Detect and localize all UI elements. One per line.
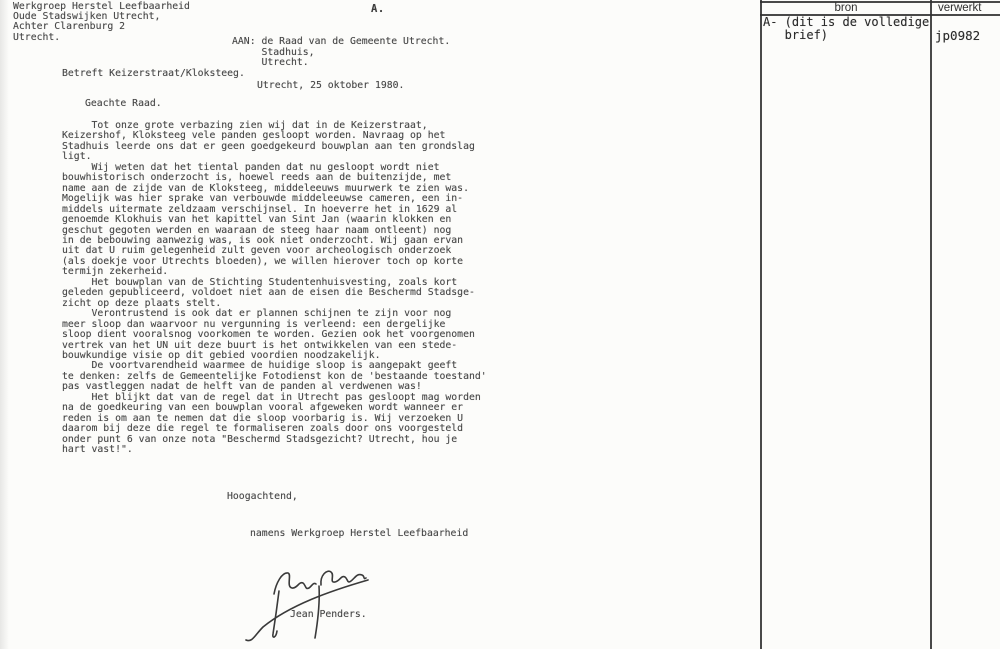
scan-edge-shadow <box>0 0 9 649</box>
closing-line: Hoogachtend, <box>227 492 298 502</box>
salutation: Geachte Raad. <box>85 99 162 109</box>
date-line: Utrecht, 25 oktober 1980. <box>257 81 404 91</box>
form-column-divider <box>930 0 932 649</box>
bron-entry: A- (dit is de volledige brief) <box>763 16 929 41</box>
on-behalf-line: namens Werkgroep Herstel Leefbaarheid <box>250 529 468 539</box>
typed-signature-name: Jean Penders. <box>290 610 367 620</box>
column-header-bron: bron <box>762 2 930 14</box>
subject-line: Betreft Keizerstraat/Kloksteeg. <box>62 69 245 79</box>
verwerkt-entry: jp0982 <box>935 29 980 42</box>
handwritten-signature <box>235 563 375 645</box>
form-left-border <box>760 0 762 649</box>
scanned-letter-page: Werkgroep Herstel Leefbaarheid Oude Stad… <box>0 0 1000 649</box>
column-header-verwerkt: verwerkt <box>938 2 981 14</box>
sender-address: Werkgroep Herstel Leefbaarheid Oude Stad… <box>13 2 190 43</box>
recipient-address: AAN: de Raad van de Gemeente Utrecht. St… <box>232 37 450 69</box>
letter-body: Tot onze grote verbazing zien wij dat in… <box>62 121 487 456</box>
copy-mark-a: A. <box>371 4 385 14</box>
